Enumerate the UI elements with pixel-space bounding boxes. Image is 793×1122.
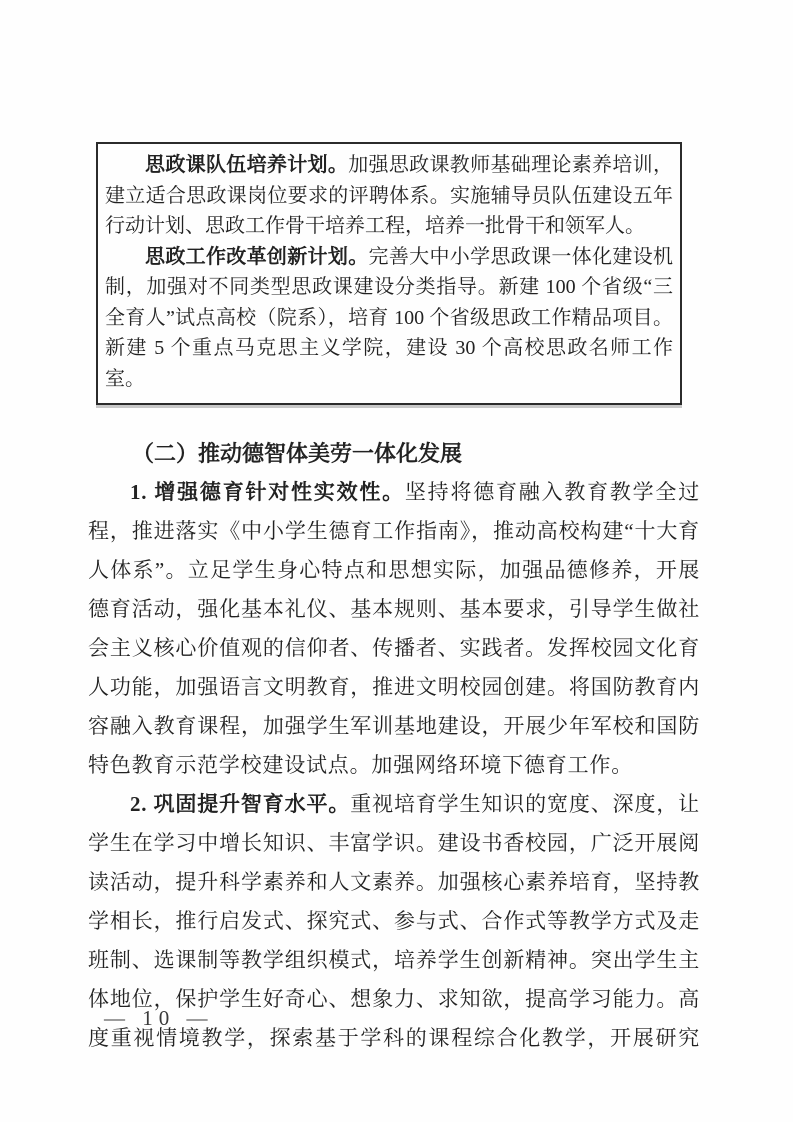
body-paragraph-1-lead: 1. 增强德育针对性实效性。 <box>130 480 405 504</box>
document-content: 思政课队伍培养计划。加强思政课教师基础理论素养培训，建立适合思政课岗位要求的评聘… <box>88 142 700 1058</box>
section-heading: （二）推动德智体美劳一体化发展 <box>88 434 700 473</box>
document-page: 思政课队伍培养计划。加强思政课教师基础理论素养培训，建立适合思政课岗位要求的评聘… <box>0 0 793 1122</box>
plan-box: 思政课队伍培养计划。加强思政课教师基础理论素养培训，建立适合思政课岗位要求的评聘… <box>96 142 682 405</box>
body-paragraph-2-lead: 2. 巩固提升智育水平。 <box>130 792 350 816</box>
body-paragraph-1: 1. 增强德育针对性实效性。坚持将德育融入教育教学全过程，推进落实《中小学生德育… <box>88 473 700 785</box>
box-paragraph-2-lead: 思政工作改革创新计划。 <box>145 246 369 268</box>
box-paragraph-1-lead: 思政课队伍培养计划。 <box>145 154 348 176</box>
box-paragraph-1: 思政课队伍培养计划。加强思政课教师基础理论素养培训，建立适合思政课岗位要求的评聘… <box>105 150 673 242</box>
page-number: — 10 — <box>104 1006 214 1031</box>
body-paragraph-1-text: 坚持将德育融入教育教学全过程，推进落实《中小学生德育工作指南》，推动高校构建“十… <box>88 480 700 777</box>
box-paragraph-2: 思政工作改革创新计划。完善大中小学思政课一体化建设机制，加强对不同类型思政课建设… <box>105 242 673 395</box>
